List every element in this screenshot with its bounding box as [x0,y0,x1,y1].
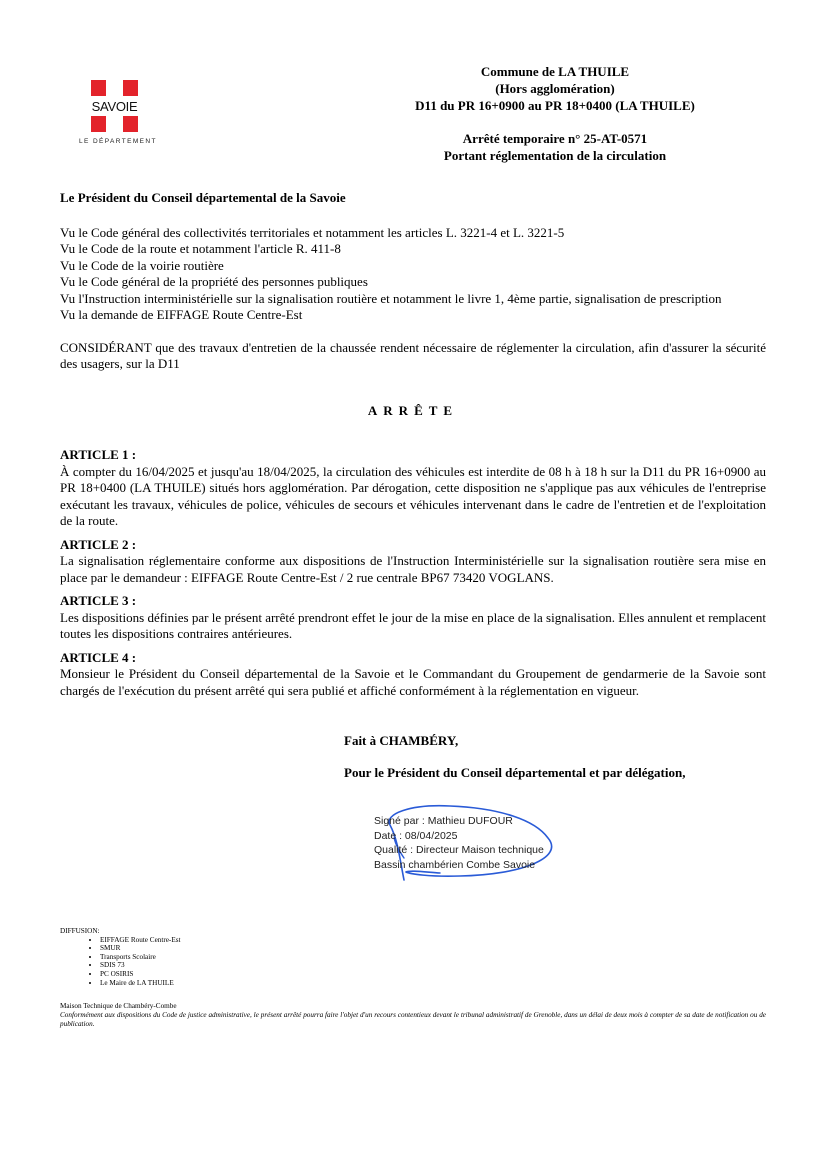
article-3: ARTICLE 3 : Les dispositions définies pa… [60,593,766,643]
list-item: Transports Scolaire [100,953,181,962]
commune-name: Commune de LA THUILE [380,63,730,80]
article-body: La signalisation réglementaire conforme … [60,553,766,586]
zone-label: (Hors agglomération) [380,80,730,97]
list-item: SDIS 73 [100,961,181,970]
legal-reference: Vu le Code général de la propriété des p… [60,274,766,291]
list-item: Le Maire de LA THUILE [100,979,181,988]
list-item: PC OSIRIS [100,970,181,979]
list-item: SMUR [100,944,181,953]
signatory-role: Qualité : Directeur Maison technique [374,843,544,858]
arrete-heading: ARRÊTE [60,403,766,420]
article-4: ARTICLE 4 : Monsieur le Président du Con… [60,650,766,700]
logo-red-square [123,80,138,96]
delegation-statement: Pour le Président du Conseil département… [344,765,685,781]
diffusion-list: DIFFUSION: EIFFAGE Route Centre-Est SMUR… [60,927,181,987]
logo-red-square [91,116,106,132]
arrete-subject: Portant réglementation de la circulation [380,147,730,164]
logo-red-square [123,116,138,132]
arrete-number: Arrêté temporaire n° 25-AT-0571 [380,130,730,147]
issuing-authority: Le Président du Conseil départemental de… [60,190,766,207]
signed-by: Signé par : Mathieu DUFOUR [374,814,544,829]
article-1: ARTICLE 1 : À compter du 16/04/2025 et j… [60,447,766,530]
legal-reference: Vu le Code général des collectivités ter… [60,225,766,242]
place-of-signing: Fait à CHAMBÉRY, [344,733,458,749]
legal-notice: Conformément aux dispositions du Code de… [60,1011,766,1029]
signature-date: Date : 08/04/2025 [374,829,544,844]
article-body: Les dispositions définies par le présent… [60,610,766,643]
document-footer: Maison Technique de Chambéry-Combe Confo… [60,1002,766,1028]
article-title: ARTICLE 2 : [60,537,766,554]
article-title: ARTICLE 1 : [60,447,766,464]
considerant-paragraph: CONSIDÉRANT que des travaux d'entretien … [60,340,766,373]
route-section: D11 du PR 16+0900 au PR 18+0400 (LA THUI… [380,97,730,114]
document-body: Le Président du Conseil départemental de… [60,190,766,706]
logo-red-square [91,80,106,96]
article-title: ARTICLE 4 : [60,650,766,667]
article-title: ARTICLE 3 : [60,593,766,610]
legal-reference: Vu le Code de la voirie routière [60,258,766,275]
legal-references: Vu le Code général des collectivités ter… [60,225,766,324]
legal-reference: Vu la demande de EIFFAGE Route Centre-Es… [60,307,766,324]
article-body: Monsieur le Président du Conseil départe… [60,666,766,699]
logo-name: SAVOIE [88,99,141,114]
article-2: ARTICLE 2 : La signalisation réglementai… [60,537,766,587]
issuing-service: Maison Technique de Chambéry-Combe [60,1002,766,1011]
electronic-signature-block: Signé par : Mathieu DUFOUR Date : 08/04/… [374,814,544,872]
diffusion-label: DIFFUSION: [60,927,181,936]
document-header: Commune de LA THUILE (Hors agglomération… [380,63,730,164]
list-item: EIFFAGE Route Centre-Est [100,936,181,945]
signatory-service: Bassin chambérien Combe Savoie [374,858,544,873]
legal-reference: Vu l'Instruction interministérielle sur … [60,291,766,308]
logo-subtitle: LE DÉPARTEMENT [79,138,159,145]
article-body: À compter du 16/04/2025 et jusqu'au 18/0… [60,464,766,530]
legal-reference: Vu le Code de la route et notamment l'ar… [60,241,766,258]
